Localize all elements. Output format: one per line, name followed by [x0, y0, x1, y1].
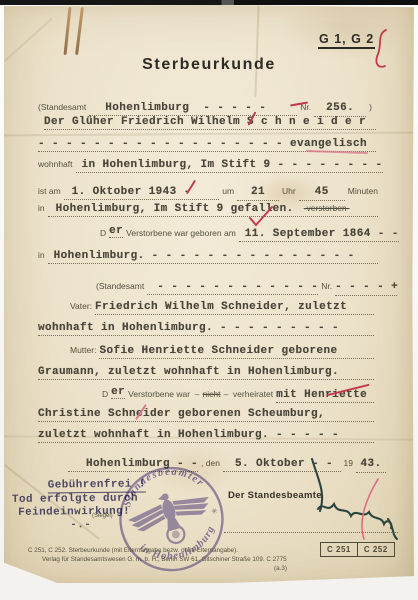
spouse-name-value: Christine Schneider geborenen Scheumburg… — [38, 408, 325, 420]
religion-value: - - - - - - - - - - - - - - - - - - evan… — [38, 138, 367, 150]
registry-nr-value: 256. — [326, 102, 354, 114]
residence-label: wohnhaft — [38, 159, 73, 169]
form-code-box-1: C 251 — [320, 542, 358, 557]
death-place-row: in Hohenlimburg, Im Stift 9 gefallen. -v… — [38, 203, 378, 217]
marriage-er-insert: er — [111, 386, 125, 399]
printer-imprint: C 251, C 252. Sterbeurkunde (mit Elterna… — [28, 546, 287, 573]
red-pen-mark-icon — [356, 477, 382, 541]
form-code-box-2: C 252 — [358, 542, 395, 557]
paperclip-mark-icon — [75, 7, 83, 55]
nicht-struck-label: nicht — [203, 389, 221, 399]
died-in-label: in — [38, 203, 45, 213]
mother-row: Mutter: Sofie Henriette Schneider gebore… — [70, 345, 374, 359]
mother-residence-value: Graumann, zuletzt wohnhaft in Hohenlimbu… — [38, 366, 339, 378]
death-date-row: ist am 1. Oktober 1943 - um 21 Uhr 45 Mi… — [38, 181, 378, 201]
paperclip-mark-icon — [63, 7, 71, 55]
deceased-name-row: Der Glüher Friedrich Wilhelm S c h n e i… — [44, 116, 376, 130]
father-row: Vater: Friedrich Wilhelm Schneider, zule… — [70, 301, 374, 315]
registry2-value: - - - - - - - - - - - - — [147, 281, 318, 293]
born-in-label: in — [38, 250, 45, 260]
paper-crease — [254, 5, 259, 97]
birth-registry-row: (Standesamt - - - - - - - - - - - - Nr. … — [96, 276, 370, 296]
father-name-value: Friedrich Wilhelm Schneider, zuletzt — [95, 301, 347, 313]
deceased-name-value: Der Glüher Friedrich Wilhelm S c h n e i… — [44, 116, 366, 128]
form-classification: G 1, G 2 — [318, 32, 375, 49]
registry2-label: (Standesamt — [96, 281, 144, 291]
page-title: Sterbeurkunde — [4, 56, 414, 74]
verstorben-struck-label: -verstorben- — [304, 203, 350, 213]
father-residence-value: wohnhaft in Hohenlimburg. - - - - - - - … — [38, 322, 339, 334]
registry2-nr-label: Nr. — [321, 281, 332, 291]
died-uhr-label: Uhr — [282, 186, 296, 196]
registry-row: (Standesamt Hohenlimburg - - - - - Nr. 2… — [38, 97, 372, 117]
spouse-value: mit Henriette — [276, 389, 367, 401]
paper-crease — [4, 132, 414, 136]
birth-date-row: Der Verstorbene war geboren am 11. Septe… — [100, 228, 378, 242]
marriage-row: Der Verstorbene war – nicht – verheirate… — [102, 389, 374, 403]
spouse-residence-row: zuletzt wohnhaft in Hohenlimburg. - - - … — [38, 429, 374, 443]
residence-row: wohnhaft in Hohenlimburg, Im Stift 9 - -… — [38, 159, 378, 173]
spouse-name-row: Christine Schneider geborenen Scheumburg… — [38, 408, 374, 422]
form-code-boxes: C 251 C 252 — [320, 542, 395, 557]
mother-residence-row: Graumann, zuletzt wohnhaft in Hohenlimbu… — [38, 366, 374, 380]
died-am-label: ist am — [38, 186, 61, 196]
marriage-label1: Verstorbene war – — [128, 389, 199, 399]
died-minuten-label: Minuten — [348, 186, 378, 196]
death-hour-value: 21 — [251, 186, 265, 198]
spouse-residence-value: zuletzt wohnhaft in Hohenlimburg. - - - … — [38, 429, 339, 441]
death-certificate-document: G 1, G 2 Sterbeurkunde (Standesamt Hohen… — [4, 5, 414, 583]
died-um-label: um — [222, 186, 234, 196]
registry-label: (Standesamt — [38, 102, 86, 112]
registry-office-value: Hohenlimburg - - - - - — [89, 102, 266, 114]
imprint-line2: Verlag für Standesamtswesen G. m. b. H.,… — [42, 555, 287, 564]
registry-close-paren: ) — [369, 102, 372, 112]
residence-value: in Hohenlimburg, Im Stift 9 - - - - - - … — [76, 159, 383, 171]
birth-date-value: 11. September 1864 - - — [239, 228, 399, 240]
death-minute-value: 45 — [315, 186, 329, 198]
born-label: Verstorbene war geboren am — [126, 228, 236, 238]
scan-edge — [0, 0, 418, 5]
birth-place-value: Hohenlimburg. - - - - - - - - - - - - - … — [48, 250, 355, 262]
registry2-nr-value: - - - - + — [335, 281, 398, 293]
red-checkmark-icon — [248, 205, 274, 227]
father-label: Vater: — [70, 301, 92, 311]
mother-name-value: Sofie Henriette Schneider geborene — [99, 345, 337, 357]
born-er-insert: er — [109, 225, 123, 238]
seal-star: ✳ — [210, 506, 219, 517]
imprint-line3: (a.3) — [274, 564, 287, 573]
death-date-value: 1. Oktober 1943 - — [64, 186, 191, 198]
birth-place-row: in Hohenlimburg. - - - - - - - - - - - -… — [38, 250, 378, 264]
father-residence-row: wohnhaft in Hohenlimburg. - - - - - - - … — [38, 322, 374, 336]
mother-label: Mutter: — [70, 345, 96, 355]
marriage-d-label: D — [102, 389, 108, 399]
marriage-label2: – verheiratet — [223, 389, 273, 399]
imprint-line1: C 251, C 252. Sterbeurkunde (mit Elterna… — [28, 546, 287, 555]
born-d-label: D — [100, 228, 106, 238]
